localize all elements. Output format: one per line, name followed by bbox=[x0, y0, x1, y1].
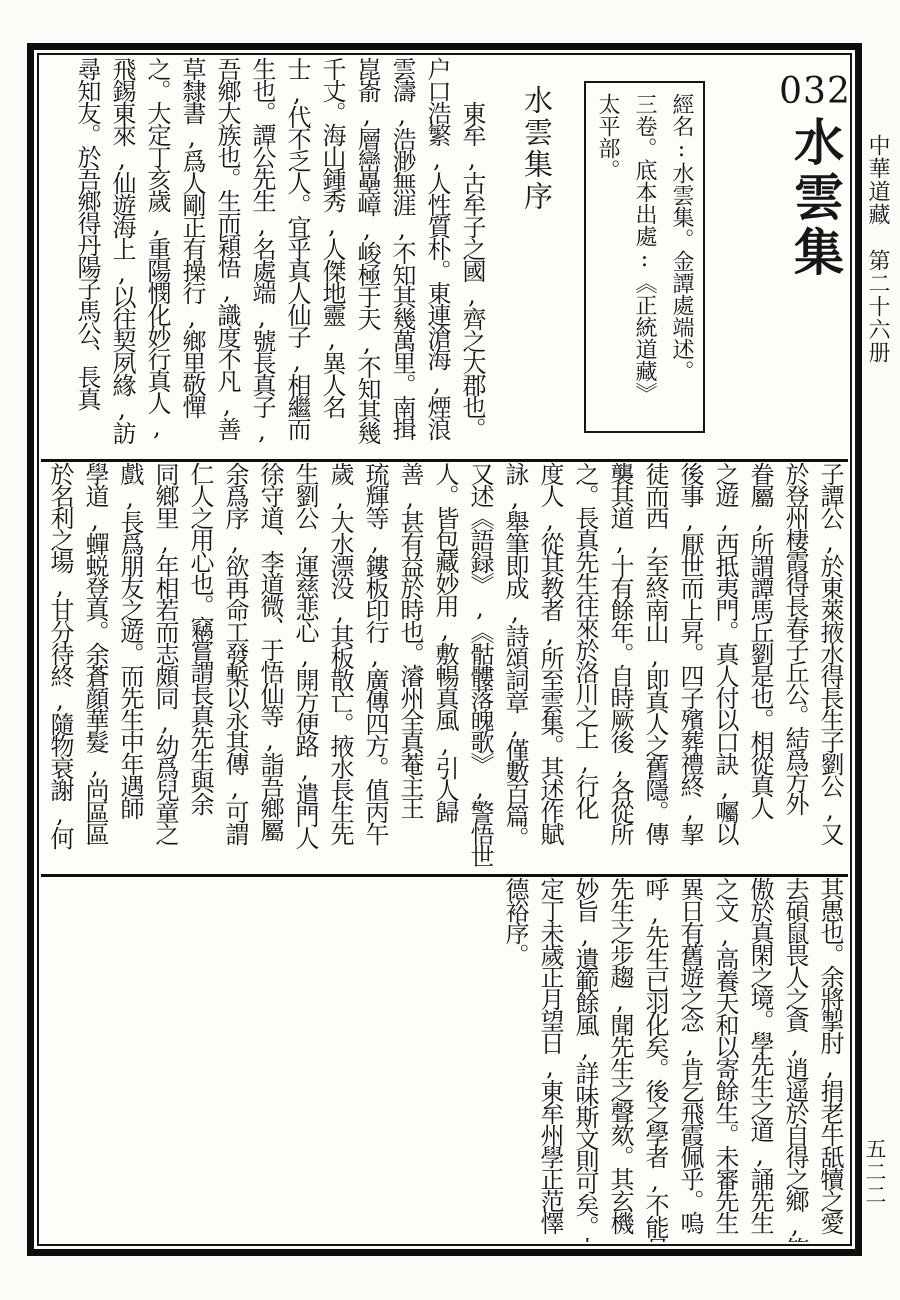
work-header: 032 水雲集 bbox=[783, 57, 847, 459]
running-head: 中華道藏 第二十六册 bbox=[864, 134, 890, 364]
text-column: 去碩鼠畏人之貪,逍遥於自得之鄉,笑 bbox=[777, 877, 812, 1242]
meta-box-column: 三卷。底本出處:《正統道藏》 bbox=[626, 93, 663, 421]
meta-box: 經名:水雲集。金譚處端述。三卷。底本出處:《正統道藏》太平部。 bbox=[584, 81, 705, 433]
text-column: 生劉公,運慈悲心,開方便路,遣門人 bbox=[287, 462, 322, 874]
text-column: 人。皆包藏妙用,敷暢真風,引人歸 bbox=[427, 462, 462, 874]
text-column: 之文,高養天和以寄餘生。未審先生 bbox=[707, 877, 742, 1242]
page-number: 五二二 bbox=[862, 1138, 888, 1207]
text-column: 又述《語録》,《骷髏落魄歌》,警悟世 bbox=[462, 462, 497, 874]
text-column: 士,代不乏人。宜乎真人仙子,相繼而 bbox=[279, 57, 314, 459]
text-column: 詠,舉筆即成,詩頌詞章,僅數百篇。 bbox=[497, 462, 532, 874]
text-column: 於登州棲霞得長春子丘公。結爲方外 bbox=[777, 462, 812, 874]
text-column: 生也。譚公先生,名處端,號長真子, bbox=[244, 57, 279, 459]
page-content: 032 水雲集 經名:水雲集。金譚處端述。三卷。底本出處:《正統道藏》太平部。 … bbox=[41, 57, 848, 1242]
text-column: 同鄉里,年相若而志頗同,幼爲兒童之 bbox=[147, 462, 182, 874]
text-column: 襲其道,十有餘年。自時厥後,各從所 bbox=[602, 462, 637, 874]
text-column: 呼,先生已羽化矣。後之學者,不能見 bbox=[637, 877, 672, 1242]
text-column: 善,甚有益於時也。濬州全真菴主王 bbox=[392, 462, 427, 874]
text-column: 之遊,西抵夷門。真人付以口訣,囑以 bbox=[707, 462, 742, 874]
text-column: 戲,長爲朋友之遊。而先生中年遇師 bbox=[112, 462, 147, 874]
text-column: 傲於真閑之境。學先生之道,誦先生 bbox=[742, 877, 777, 1242]
text-column: 妙旨,遺範餘風,詳味斯文則可矣。大 bbox=[567, 877, 602, 1242]
meta-box-column: 太平部。 bbox=[589, 93, 626, 421]
work-title: 水雲集 bbox=[779, 116, 848, 281]
text-column: 尋知友。於吾鄉得丹陽子馬公、長真 bbox=[69, 57, 104, 459]
text-column: 雲濤,浩渺無涯,不知其幾萬里。南揖 bbox=[384, 57, 419, 459]
text-column: 户口浩繁,人性質朴。東連滄海,煙浪 bbox=[419, 57, 454, 459]
text-column: 琉輝等,鏤板印行,廣傳四方。值丙午 bbox=[357, 462, 392, 874]
text-column: 草隸書,爲人剛正有操行,鄉里敬憚 bbox=[174, 57, 209, 459]
text-column: 後事,厭世而上昇。四子殯葬禮終,挈 bbox=[672, 462, 707, 874]
text-column: 眷屬,所謂譚馬丘劉是也。相從真人 bbox=[742, 462, 777, 874]
band-top: 032 水雲集 經名:水雲集。金譚處端述。三卷。底本出處:《正統道藏》太平部。 … bbox=[41, 57, 848, 459]
text-column: 異日有舊遊之念,肯乞飛霞佩乎。嗚 bbox=[672, 877, 707, 1242]
text-column: 吾鄉大族也。生而穎悟,識度不凡,善 bbox=[209, 57, 244, 459]
text-column: 學道,蟬蜕登真。余蒼顔華髮,尚區區 bbox=[77, 462, 112, 874]
text-column: 定丁未歲正月望日,東牟州學正范懌 bbox=[532, 877, 567, 1242]
text-column: 德裕序。 bbox=[497, 877, 532, 1242]
text-column: 其愚也。余將掣肘,捐老牛舐犢之愛, bbox=[812, 877, 847, 1242]
text-column: 度人,從其教者,所至雲集。其述作賦 bbox=[532, 462, 567, 874]
text-column: 之。長真先生往來於洛川之上,行化 bbox=[567, 462, 602, 874]
meta-box-column: 經名:水雲集。金譚處端述。 bbox=[663, 93, 700, 421]
text-column: 東牟,古牟子之國,齊之大郡也。 bbox=[454, 57, 489, 459]
preface-heading: 水雲集序 bbox=[515, 57, 559, 459]
text-column: 余爲序,欲再命工發槧以永其傳,可謂 bbox=[217, 462, 252, 874]
text-column: 飛錫東來,仙遊海上,以往契夙緣,訪 bbox=[104, 57, 139, 459]
text-column: 先生之步趨,聞先生之聲欬。其玄機 bbox=[602, 877, 637, 1242]
text-column: 之。大定丁亥歲,重陽憫化妙行真人, bbox=[139, 57, 174, 459]
work-number: 032 bbox=[779, 71, 848, 112]
text-column: 子譚公,於東萊掖水得長生子劉公,又 bbox=[812, 462, 847, 874]
text-column: 徐守道、李道微、于悟仙等,詣吾鄉屬 bbox=[252, 462, 287, 874]
band-middle: 子譚公,於東萊掖水得長生子劉公,又於登州棲霞得長春子丘公。結爲方外眷屬,所謂譚馬… bbox=[41, 462, 848, 874]
text-column: 徒而西,至終南山,即真人之舊隱。傳 bbox=[637, 462, 672, 874]
band-bottom: 其愚也。余將掣肘,捐老牛舐犢之愛,去碩鼠畏人之貪,逍遥於自得之鄉,笑傲於真閑之境… bbox=[41, 877, 848, 1242]
text-column: 崑嵛,層巒壘嶂,峻極于天,不知其幾 bbox=[349, 57, 384, 459]
text-column: 歲,大水漂没,其板散亡。掖水長生先 bbox=[322, 462, 357, 874]
text-column: 於名利之場,甘分待終,隨物衰謝,何 bbox=[42, 462, 77, 874]
text-column: 千丈。海山鍾秀,人傑地靈,異人名 bbox=[314, 57, 349, 459]
text-column: 仁人之用心也。竊嘗謂長真先生與余 bbox=[182, 462, 217, 874]
